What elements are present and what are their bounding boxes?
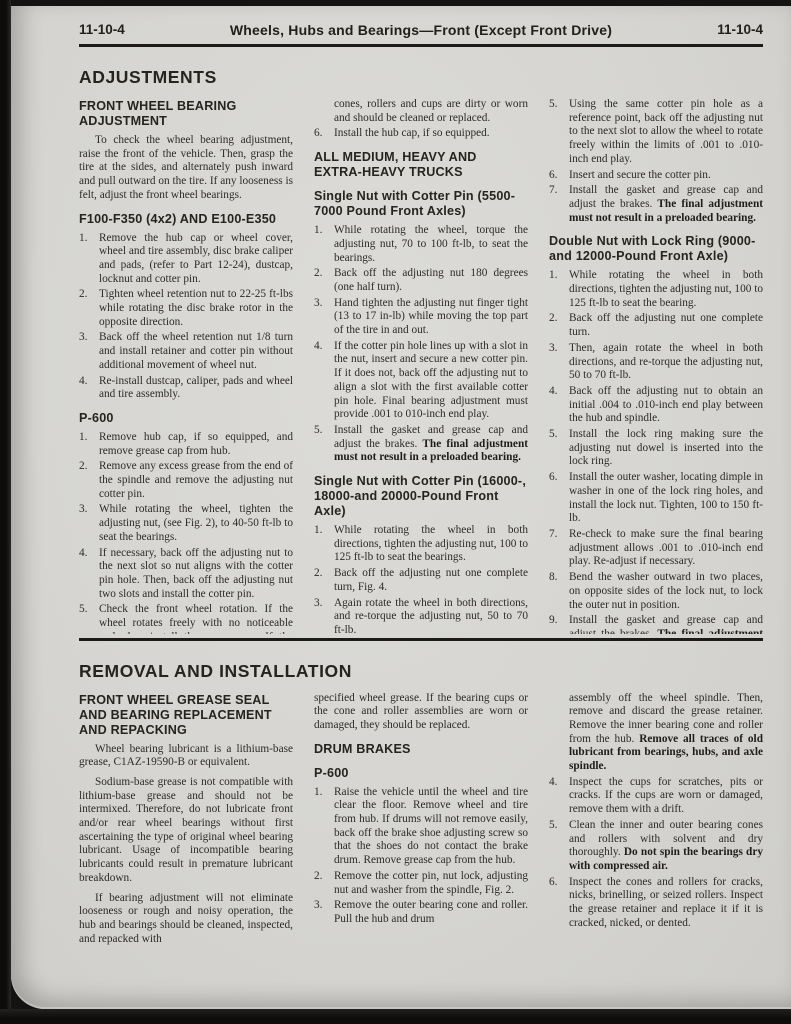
list-text: Back off the adjusting nut 180 degrees (… bbox=[334, 267, 528, 294]
adjustments-column-3: 5.Using the same cotter pin hole as a re… bbox=[549, 98, 763, 634]
list-item: 1.While rotating the wheel in both direc… bbox=[314, 524, 528, 565]
list-text: Install the gasket and grease cap and ad… bbox=[569, 614, 763, 634]
list-item: 4.Inspect the cups for scratches, pits o… bbox=[549, 776, 763, 817]
list-text: Remove the outer bearing cone and roller… bbox=[334, 899, 528, 926]
section-title-removal-installation: REMOVAL AND INSTALLATION bbox=[79, 661, 763, 682]
list-text: Back off the adjusting nut to obtain an … bbox=[569, 385, 763, 426]
paper-page: 11-10-4 Wheels, Hubs and Bearings—Front … bbox=[11, 6, 791, 1009]
subsection-heading: P-600 bbox=[79, 411, 293, 426]
list-item: 5.Install the lock ring making sure the … bbox=[549, 428, 763, 469]
paragraph: To check the wheel bearing adjustment, r… bbox=[79, 134, 293, 203]
list-item: 9.Install the gasket and grease cap and … bbox=[549, 614, 763, 634]
list-number: 3. bbox=[549, 342, 569, 383]
list-text: Inspect the cones and rollers for cracks… bbox=[569, 876, 763, 931]
list-text: If necessary, back off the adjusting nut… bbox=[99, 547, 293, 602]
list-item: 3.Again rotate the wheel in both directi… bbox=[314, 597, 528, 634]
list-number: 1. bbox=[79, 232, 99, 287]
list-text: Remove the hub cap or wheel cover, wheel… bbox=[99, 232, 293, 287]
removal-column-3: assembly off the wheel spindle. Then, re… bbox=[549, 692, 763, 960]
paragraph: Wheel bearing lubricant is a lithium-bas… bbox=[79, 743, 293, 770]
list-item: 3.Remove the outer bearing cone and roll… bbox=[314, 899, 528, 926]
adjustments-column-2: cones, rollers and cups are dirty or wor… bbox=[314, 98, 528, 634]
list-text: Install the outer washer, locating dimpl… bbox=[569, 471, 763, 526]
list-text: Remove hub cap, if so equipped, and remo… bbox=[99, 431, 293, 458]
list-item: 6.Install the outer washer, locating dim… bbox=[549, 471, 763, 526]
list-text: Using the same cotter pin hole as a refe… bbox=[569, 98, 763, 167]
list-item: 3.Back off the wheel retention nut 1/8 t… bbox=[79, 331, 293, 372]
list-text: Then, again rotate the wheel in both dir… bbox=[569, 342, 763, 383]
list-item: 5.Install the gasket and grease cap and … bbox=[314, 424, 528, 465]
list-number: 4. bbox=[549, 776, 569, 817]
removal-column-2: specified wheel grease. If the bearing c… bbox=[314, 692, 528, 960]
list-number: 2. bbox=[79, 460, 99, 501]
list-text: Bend the washer outward in two places, o… bbox=[569, 571, 763, 612]
list-number: 5. bbox=[549, 98, 569, 167]
list-text: Remove any excess grease from the end of… bbox=[99, 460, 293, 501]
list-item: 6.Inspect the cones and rollers for crac… bbox=[549, 876, 763, 931]
list-number: 5. bbox=[314, 424, 334, 465]
list-text: Back off the adjusting nut one complete … bbox=[569, 312, 763, 339]
subsection-heading: DRUM BRAKES bbox=[314, 742, 528, 757]
list-item: 7.Install the gasket and grease cap and … bbox=[549, 184, 763, 225]
list-text: Hand tighten the adjusting nut finger ti… bbox=[334, 297, 528, 338]
list-number: 3. bbox=[314, 597, 334, 634]
list-item: 6.Insert and secure the cotter pin. bbox=[549, 169, 763, 183]
subsection-heading: ALL MEDIUM, HEAVY AND EXTRA-HEAVY TRUCKS bbox=[314, 150, 528, 180]
list-item: 2.Back off the adjusting nut 180 degrees… bbox=[314, 267, 528, 294]
list-number: 2. bbox=[314, 567, 334, 594]
list-item: assembly off the wheel spindle. Then, re… bbox=[549, 692, 763, 774]
list-number: 2. bbox=[549, 312, 569, 339]
list-number: 8. bbox=[549, 571, 569, 612]
list-number: 3. bbox=[314, 297, 334, 338]
list-number: 9. bbox=[549, 614, 569, 634]
list-number: 3. bbox=[79, 331, 99, 372]
list-number: 5. bbox=[79, 603, 99, 634]
list-item: 1.Raise the vehicle until the wheel and … bbox=[314, 786, 528, 868]
list-text: Insert and secure the cotter pin. bbox=[569, 169, 763, 183]
list-text: Raise the vehicle until the wheel and ti… bbox=[334, 786, 528, 868]
list-item: 7.Re-check to make sure the final bearin… bbox=[549, 528, 763, 569]
subsection-heading: F100-F350 (4x2) AND E100-E350 bbox=[79, 212, 293, 227]
list-item: 8.Bend the washer outward in two places,… bbox=[549, 571, 763, 612]
subsection-heading: Double Nut with Lock Ring (9000-and 1200… bbox=[549, 234, 763, 264]
list-text: If the cotter pin hole lines up with a s… bbox=[334, 340, 528, 422]
subsection-heading: FRONT WHEEL GREASE SEAL AND BEARING REPL… bbox=[79, 693, 293, 738]
list-item: 2.Tighten wheel retention nut to 22-25 f… bbox=[79, 288, 293, 329]
list-item: 4.If the cotter pin hole lines up with a… bbox=[314, 340, 528, 422]
list-number: 4. bbox=[314, 340, 334, 422]
list-number: 6. bbox=[549, 471, 569, 526]
list-item: 2.Back off the adjusting nut one complet… bbox=[314, 567, 528, 594]
list-item: 4.Re-install dustcap, caliper, pads and … bbox=[79, 375, 293, 402]
list-text: Remove the cotter pin, nut lock, adjusti… bbox=[334, 870, 528, 897]
list-number: 6. bbox=[549, 169, 569, 183]
list-text: Install the hub cap, if so equipped. bbox=[334, 127, 528, 141]
list-text: While rotating the wheel, torque the adj… bbox=[334, 224, 528, 265]
list-text: Re-install dustcap, caliper, pads and wh… bbox=[99, 375, 293, 402]
scan-edge-bottom bbox=[0, 1009, 791, 1024]
list-item: 6.Install the hub cap, if so equipped. bbox=[314, 127, 528, 141]
list-text: Tighten wheel retention nut to 22-25 ft-… bbox=[99, 288, 293, 329]
list-text: Check the front wheel rotation. If the w… bbox=[99, 603, 293, 634]
list-item: 5.Clean the inner and outer bearing cone… bbox=[549, 819, 763, 874]
subsection-heading: FRONT WHEEL BEARING ADJUSTMENT bbox=[79, 99, 293, 129]
list-item: 5.Using the same cotter pin hole as a re… bbox=[549, 98, 763, 167]
list-text: assembly off the wheel spindle. Then, re… bbox=[569, 692, 763, 774]
list-number: 7. bbox=[549, 528, 569, 569]
list-text: Re-check to make sure the final bearing … bbox=[569, 528, 763, 569]
list-text: Again rotate the wheel in both direction… bbox=[334, 597, 528, 634]
list-number: 6. bbox=[549, 876, 569, 931]
list-number: 7. bbox=[549, 184, 569, 225]
removal-columns: FRONT WHEEL GREASE SEAL AND BEARING REPL… bbox=[79, 692, 763, 960]
list-item: 3.While rotating the wheel, tighten the … bbox=[79, 503, 293, 544]
list-item: 2.Remove any excess grease from the end … bbox=[79, 460, 293, 501]
list-number: 4. bbox=[79, 547, 99, 602]
list-number: 6. bbox=[314, 127, 334, 141]
list-text: Install the gasket and grease cap and ad… bbox=[569, 184, 763, 225]
list-item: 2.Remove the cotter pin, nut lock, adjus… bbox=[314, 870, 528, 897]
page-header: 11-10-4 Wheels, Hubs and Bearings—Front … bbox=[79, 22, 763, 37]
list-text: Install the lock ring making sure the ad… bbox=[569, 428, 763, 469]
list-number: 5. bbox=[549, 428, 569, 469]
list-item: 1.While rotating the wheel in both direc… bbox=[549, 269, 763, 310]
subsection-heading: Single Nut with Cotter Pin (5500-7000 Po… bbox=[314, 189, 528, 219]
paragraph: Sodium-base grease is not compatible wit… bbox=[79, 776, 293, 886]
page-title: Wheels, Hubs and Bearings—Front (Except … bbox=[79, 22, 763, 38]
list-item: 3.Hand tighten the adjusting nut finger … bbox=[314, 297, 528, 338]
list-number: 4. bbox=[549, 385, 569, 426]
adjustments-columns: FRONT WHEEL BEARING ADJUSTMENTTo check t… bbox=[79, 98, 763, 634]
list-item: 1.While rotating the wheel, torque the a… bbox=[314, 224, 528, 265]
list-item: 3.Then, again rotate the wheel in both d… bbox=[549, 342, 763, 383]
list-item: 2.Back off the adjusting nut one complet… bbox=[549, 312, 763, 339]
list-number: 1. bbox=[314, 786, 334, 868]
list-text: Clean the inner and outer bearing cones … bbox=[569, 819, 763, 874]
list-text: Inspect the cups for scratches, pits or … bbox=[569, 776, 763, 817]
list-number: 1. bbox=[79, 431, 99, 458]
list-text: cones, rollers and cups are dirty or wor… bbox=[334, 98, 528, 125]
list-text: Back off the wheel retention nut 1/8 tur… bbox=[99, 331, 293, 372]
subsection-heading: P-600 bbox=[314, 766, 528, 781]
list-number: 1. bbox=[314, 224, 334, 265]
subsection-heading: Single Nut with Cotter Pin (16000-, 1800… bbox=[314, 474, 528, 519]
header-rule bbox=[79, 44, 763, 47]
list-number: 2. bbox=[314, 267, 334, 294]
list-number: 2. bbox=[79, 288, 99, 329]
section-divider-rule bbox=[79, 638, 763, 641]
list-text: Back off the adjusting nut one complete … bbox=[334, 567, 528, 594]
list-text: While rotating the wheel in both directi… bbox=[569, 269, 763, 310]
list-number bbox=[549, 692, 569, 774]
list-text: Install the gasket and grease cap and ad… bbox=[334, 424, 528, 465]
list-number: 3. bbox=[314, 899, 334, 926]
list-text: While rotating the wheel, tighten the ad… bbox=[99, 503, 293, 544]
paragraph: specified wheel grease. If the bearing c… bbox=[314, 692, 528, 733]
list-item: 4.Back off the adjusting nut to obtain a… bbox=[549, 385, 763, 426]
list-text: While rotating the wheel in both directi… bbox=[334, 524, 528, 565]
list-number: 3. bbox=[79, 503, 99, 544]
paragraph: If bearing adjustment will not eliminate… bbox=[79, 892, 293, 947]
scan-edge-left bbox=[0, 0, 11, 1024]
list-item: cones, rollers and cups are dirty or wor… bbox=[314, 98, 528, 125]
list-number: 1. bbox=[314, 524, 334, 565]
list-number: 4. bbox=[79, 375, 99, 402]
list-number bbox=[314, 98, 334, 125]
list-item: 4.If necessary, back off the adjusting n… bbox=[79, 547, 293, 602]
list-item: 5.Check the front wheel rotation. If the… bbox=[79, 603, 293, 634]
adjustments-column-1: FRONT WHEEL BEARING ADJUSTMENTTo check t… bbox=[79, 98, 293, 634]
scan-edge-top bbox=[0, 0, 791, 6]
section-title-adjustments: ADJUSTMENTS bbox=[79, 67, 763, 88]
list-number: 5. bbox=[549, 819, 569, 874]
removal-column-1: FRONT WHEEL GREASE SEAL AND BEARING REPL… bbox=[79, 692, 293, 960]
list-item: 1.Remove hub cap, if so equipped, and re… bbox=[79, 431, 293, 458]
list-number: 1. bbox=[549, 269, 569, 310]
list-item: 1.Remove the hub cap or wheel cover, whe… bbox=[79, 232, 293, 287]
list-number: 2. bbox=[314, 870, 334, 897]
